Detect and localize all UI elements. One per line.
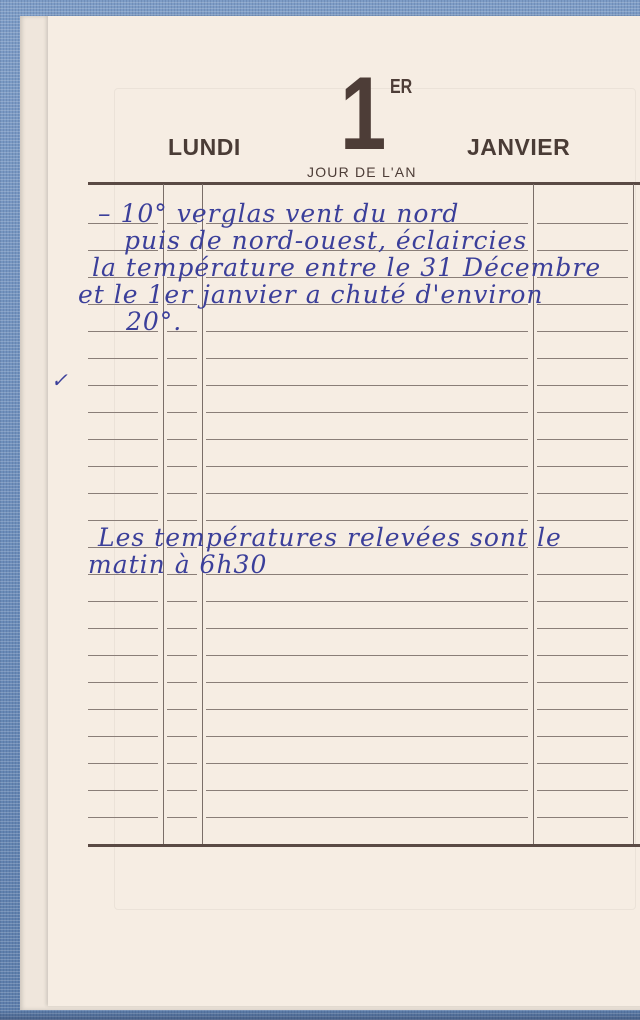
ruled-line — [88, 493, 158, 494]
ruled-line — [206, 655, 528, 656]
ruled-line — [206, 412, 528, 413]
ruled-line — [537, 709, 628, 710]
ruled-line — [206, 385, 528, 386]
ruled-line — [88, 655, 158, 656]
ruled-line — [167, 790, 197, 791]
ruled-line — [206, 466, 528, 467]
handwritten-line: 20°. — [48, 308, 640, 335]
ruled-line — [537, 763, 628, 764]
ruled-line — [88, 439, 158, 440]
ruled-line — [167, 763, 197, 764]
ruled-line — [167, 439, 197, 440]
ruled-line — [167, 493, 197, 494]
ruled-line — [88, 520, 158, 521]
ruled-line — [537, 385, 628, 386]
bottom-rule — [88, 844, 640, 847]
ruled-line — [88, 763, 158, 764]
cover-shadow — [0, 1010, 640, 1020]
handwritten-line: la température entre le 31 Décembre — [48, 254, 640, 281]
ruled-line — [88, 817, 158, 818]
ruled-line — [167, 520, 197, 521]
ruled-line — [88, 628, 158, 629]
ruled-line — [537, 493, 628, 494]
ruled-line — [88, 682, 158, 683]
ruled-line — [537, 520, 628, 521]
ruled-line — [537, 601, 628, 602]
ruled-line — [537, 736, 628, 737]
handwritten-line: puis de nord-ouest, éclaircies — [48, 227, 640, 254]
ruled-line — [88, 412, 158, 413]
handwritten-line: – 10° verglas vent du nord — [48, 200, 640, 227]
ruled-line — [206, 493, 528, 494]
ruled-line — [167, 628, 197, 629]
handwritten-line: Les températures relevées sont le — [48, 524, 640, 551]
ruled-line — [88, 736, 158, 737]
holiday-label: JOUR DE L'AN — [307, 164, 417, 180]
ruled-line — [88, 709, 158, 710]
ruled-line — [206, 520, 528, 521]
ruled-line — [206, 817, 528, 818]
ruled-line — [537, 790, 628, 791]
margin-mark: ✓ — [51, 368, 68, 392]
ruled-line — [206, 790, 528, 791]
day-suffix: ER — [390, 76, 412, 99]
ruled-line — [206, 628, 528, 629]
ruled-line — [167, 709, 197, 710]
ruled-line — [88, 601, 158, 602]
handwritten-line: et le 1er janvier a chuté d'environ — [48, 281, 640, 308]
ruled-line — [537, 412, 628, 413]
ruled-line — [167, 817, 197, 818]
diary-page: LUNDI 1 ER JANVIER JOUR DE L'AN – 10° ve… — [48, 16, 640, 1006]
ruled-line — [206, 763, 528, 764]
ruled-line — [537, 682, 628, 683]
ruled-line — [537, 628, 628, 629]
ruled-line — [88, 466, 158, 467]
ruled-line — [167, 412, 197, 413]
ruled-line — [167, 682, 197, 683]
top-rule — [88, 182, 640, 185]
ruled-line — [537, 817, 628, 818]
ruled-line — [206, 439, 528, 440]
ruled-line — [167, 655, 197, 656]
ruled-line — [206, 709, 528, 710]
ruled-line — [88, 790, 158, 791]
ruled-line — [88, 385, 158, 386]
date-header: LUNDI 1 ER JANVIER JOUR DE L'AN — [48, 16, 640, 186]
ruled-line — [537, 439, 628, 440]
ruled-line — [537, 466, 628, 467]
ruled-line — [206, 682, 528, 683]
handwritten-line: matin à 6h30 — [48, 551, 640, 578]
ruled-line — [537, 655, 628, 656]
ruled-line — [167, 466, 197, 467]
ruled-line — [167, 385, 197, 386]
ruled-line — [167, 601, 197, 602]
day-number: 1 — [340, 62, 386, 166]
handwritten-line — [48, 335, 640, 362]
ruled-line — [167, 736, 197, 737]
ruled-line — [206, 736, 528, 737]
ruled-line — [206, 601, 528, 602]
month-label: JANVIER — [467, 134, 570, 161]
weekday-label: LUNDI — [168, 134, 241, 161]
